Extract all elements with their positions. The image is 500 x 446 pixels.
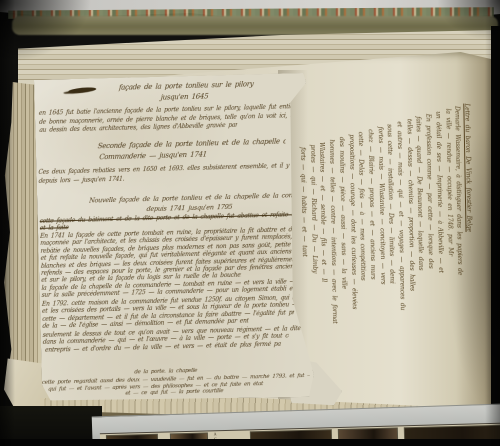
photo-of-open-manuscript-register: Lettre du baron De Vinck forestier Belge… <box>0 0 500 446</box>
vertical-line-text: Lettre du baron De Vinck forestier Belge <box>463 103 472 232</box>
manuscript-line: depuis 1741 jusqu'en 1795 <box>133 203 246 214</box>
bottom-black-band <box>0 439 500 446</box>
pasted-note-sheet: façade de la porte tonlieu sur le pilory… <box>34 73 314 404</box>
vertical-line-text: la ville — rendue — occupée en 1748. par… <box>444 109 454 256</box>
vertical-line-text: faites — quand — De Beaumont — laquelle … <box>415 116 425 270</box>
vertical-line-text: forts — qui — habits — et — tant <box>299 147 308 257</box>
background-gap-right <box>491 26 500 446</box>
manuscript-line: façade de la porte tonlieu sur le pilory <box>98 80 275 93</box>
vertical-line-text: un détail de ses — Imprimerie — à Abbevi… <box>434 111 444 273</box>
manuscript-line: Nouvelle façade de la porte tonlieu et d… <box>89 191 296 204</box>
manuscript-line: depuis lors — jusqu'en 1741. <box>38 174 151 184</box>
vertical-line-text: chez — Blairie — propos — et — anciens m… <box>367 129 377 279</box>
vertical-line-text: fortes — mais — Wlastanine — concitoyen … <box>376 127 386 285</box>
vertical-line-text: protes — qui — Richard — Du — Limby <box>309 145 318 274</box>
vertical-line-text: des moulins — pièce — aussi — sans — la … <box>338 137 348 289</box>
ink-blot <box>68 86 96 94</box>
manuscript-line: Seconde façade de la porte tonlieu et de… <box>97 137 286 150</box>
manuscript-line: Commanderie — jusqu'en 1741 <box>92 150 215 161</box>
vertical-line-text: cette — Delás — fois — à — mes compétiti… <box>357 132 367 281</box>
vertical-line-text: Wlastaires — et — semble — fils — et — I… <box>318 142 327 282</box>
vertical-line-text: En profession comme — par cette — lorsqu… <box>425 114 435 269</box>
vertical-line-text: Demarle Wassemaire, à distinguer dans le… <box>454 106 464 275</box>
manuscript-line: Ces deux façades rebaties vers en 1650 e… <box>38 162 304 176</box>
manuscript-line: jusqu'en 1645 <box>136 92 233 103</box>
manuscript-line: cette façade du bâtiment et de la dite p… <box>39 211 301 225</box>
vertical-line-text: sous cette — installation — Des — limite… <box>386 124 396 284</box>
